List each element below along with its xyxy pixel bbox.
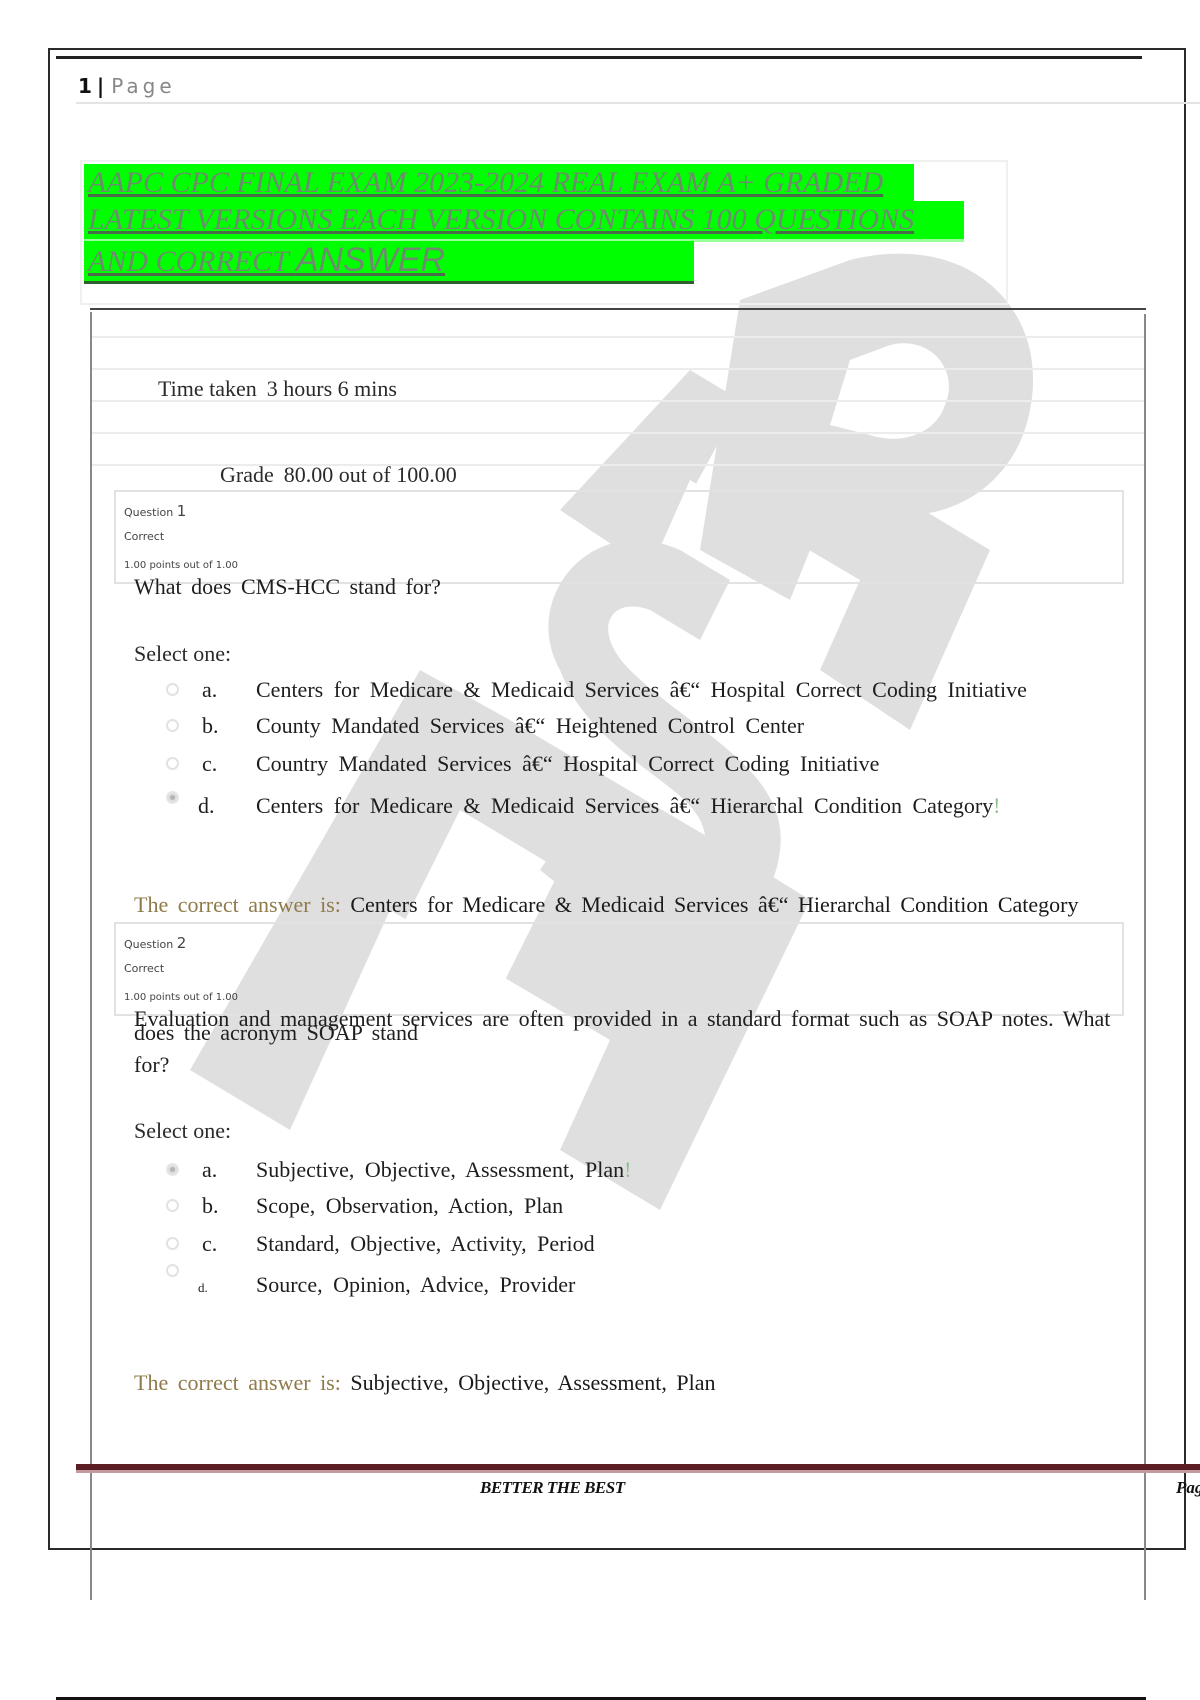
time-taken-value: 3 hours 6 mins xyxy=(267,376,397,401)
option-text: Source, Opinion, Advice, Provider xyxy=(256,1272,575,1298)
option-letter: c. xyxy=(202,751,217,777)
question-2-correct-answer: The correct answer is: Subjective, Objec… xyxy=(134,1370,716,1396)
grade-value: 80.00 out of 100.00 xyxy=(284,462,457,487)
question-points: 1.00 points out of 1.00 xyxy=(124,560,238,571)
correct-answer-label: The correct answer is: xyxy=(134,892,341,917)
radio-button-selected[interactable] xyxy=(166,1163,179,1176)
document-title-line-3: AND CORRECT ANSWER xyxy=(84,241,694,284)
radio-button[interactable] xyxy=(166,1237,179,1250)
table-row-divider xyxy=(92,432,1144,434)
radio-button[interactable] xyxy=(166,1264,179,1277)
question-number: 2 xyxy=(177,934,187,952)
question-2-text-line-3: for? xyxy=(134,1052,169,1078)
radio-button-selected[interactable] xyxy=(166,791,179,804)
summary-table-left-border xyxy=(90,312,92,1600)
grade-label: Grade xyxy=(220,462,274,487)
question-state: Correct xyxy=(124,962,164,975)
table-row-divider xyxy=(92,368,1144,370)
correct-answer-label: The correct answer is: xyxy=(134,1370,341,1395)
question-label: Question 2 xyxy=(124,934,186,952)
question-points: 1.00 points out of 1.00 xyxy=(124,992,238,1003)
time-taken-row: Time taken3 hours 6 mins xyxy=(158,376,397,402)
question-2-select-prompt: Select one: xyxy=(134,1118,231,1144)
summary-table-top-border xyxy=(90,308,1146,310)
question-1-correct-answer: The correct answer is: Centers for Medic… xyxy=(134,892,1079,918)
option-letter: a. xyxy=(202,677,217,703)
correct-answer-value: Subjective, Objective, Assessment, Plan xyxy=(350,1370,715,1395)
correct-answer-value: Centers for Medicare & Medicaid Services… xyxy=(350,892,1078,917)
option-letter: b. xyxy=(202,713,219,739)
footer-rule xyxy=(76,1464,1200,1473)
option-text: Scope, Observation, Action, Plan xyxy=(256,1193,563,1219)
page-label: Page xyxy=(111,74,175,98)
title-line-3-prefix: AND CORRECT xyxy=(88,245,296,278)
option-letter: d. xyxy=(198,793,215,819)
page-number-header: 1|Page xyxy=(78,74,176,98)
option-text: Centers for Medicare & Medicaid Services… xyxy=(256,793,1000,819)
document-title-line-2: LATEST VERSIONS EACH VERSION CONTAINS 10… xyxy=(84,201,964,242)
question-1-info-box: Question 1 Correct 1.00 points out of 1.… xyxy=(114,490,1124,584)
option-text: Centers for Medicare & Medicaid Services… xyxy=(256,677,1027,703)
title-line-3-answer: ANSWER xyxy=(296,241,445,279)
option-text: Country Mandated Services â€“ Hospital C… xyxy=(256,751,879,777)
page-number: 1 xyxy=(78,74,93,98)
option-letter: a. xyxy=(202,1157,217,1183)
summary-table-right-border xyxy=(1144,314,1146,1600)
question-label: Question 1 xyxy=(124,502,186,520)
radio-button[interactable] xyxy=(166,683,179,696)
radio-button[interactable] xyxy=(166,757,179,770)
time-taken-label: Time taken xyxy=(158,376,257,401)
document-title-line-1: AAPC CPC FINAL EXAM 2023-2024 REAL EXAM … xyxy=(84,164,914,205)
question-1-select-prompt: Select one: xyxy=(134,641,231,667)
question-1-text: What does CMS-HCC stand for? xyxy=(134,574,441,600)
footer-page-label: Page xyxy=(1176,1478,1200,1498)
question-state: Correct xyxy=(124,530,164,543)
option-text: Subjective, Objective, Assessment, Plan! xyxy=(256,1157,632,1183)
option-letter: b. xyxy=(202,1193,219,1219)
grade-row: Grade80.00 out of 100.00 xyxy=(220,462,457,488)
question-2-text-line-2: does the acronym SOAP stand xyxy=(134,1020,418,1046)
radio-button[interactable] xyxy=(166,719,179,732)
option-letter: c. xyxy=(202,1231,217,1257)
footer-tagline: BETTER THE BEST xyxy=(480,1478,625,1498)
option-text: County Mandated Services â€“ Heightened … xyxy=(256,713,804,739)
table-row-divider xyxy=(92,336,1144,338)
option-letter: d. xyxy=(198,1280,208,1296)
page-separator: | xyxy=(97,74,105,98)
option-text: Standard, Objective, Activity, Period xyxy=(256,1231,595,1257)
question-2-info-box: Question 2 Correct 1.00 points out of 1.… xyxy=(114,922,1124,1016)
radio-button[interactable] xyxy=(166,1199,179,1212)
question-number: 1 xyxy=(177,502,187,520)
